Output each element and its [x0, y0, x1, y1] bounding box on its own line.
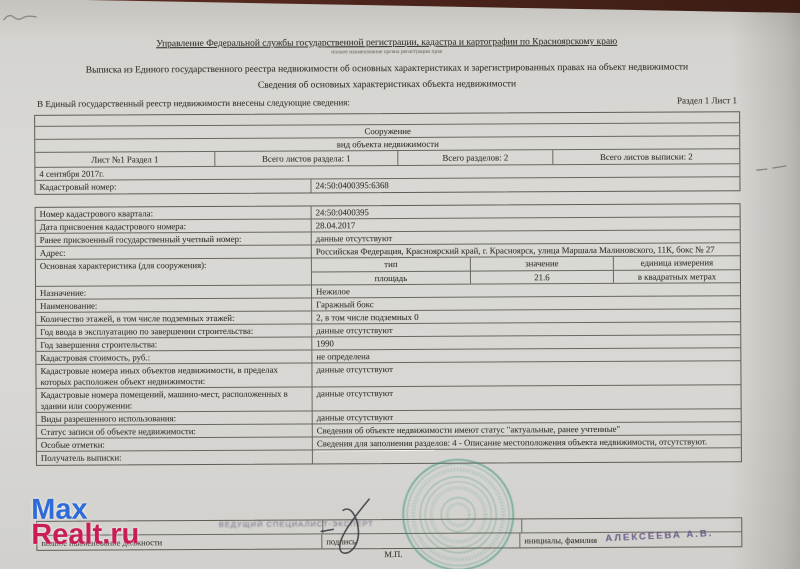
subtable-value: 21.6 — [470, 270, 613, 284]
main-characteristic-row: Основная характеристика (для сооружения)… — [36, 255, 740, 286]
row-label: Кадастровые номера иных объектов недвижи… — [36, 363, 312, 387]
row-label: Назначение: — [36, 285, 312, 298]
document-subtitle: Сведения об основных характеристиках объ… — [34, 78, 740, 92]
row-label: Год ввода в эксплуатацию по завершении с… — [36, 324, 312, 337]
row-label: Адрес: — [36, 245, 312, 258]
row-label: Год завершения строительства: — [36, 337, 312, 350]
row-value: 24:50:0400395 — [312, 204, 740, 218]
sheet-info: Лист №1 Раздел 1 — [35, 152, 215, 167]
row-value: Гаражный бокс — [312, 296, 740, 310]
row-value: данные отсутствуют — [313, 385, 741, 399]
document-content: Управление Федеральной службы государств… — [0, 0, 800, 569]
subtable-header: тип — [312, 258, 470, 272]
extract-date: 4 сентября 2017г. — [35, 168, 107, 180]
row-value: 28.04.2017 — [312, 217, 740, 231]
cadastral-number-label: Кадастровый номер: — [35, 179, 311, 193]
object-type-table: Сооружение вид объекта недвижимости Лист… — [34, 111, 740, 195]
row-value: данные отсутствуют — [312, 322, 740, 336]
subtable-header: единица измерения — [613, 256, 740, 270]
row-label: Наименование: — [36, 298, 312, 311]
watermark-line2: Realt.ru — [31, 522, 139, 548]
table-row: Кадастровые номера иных объектов недвижи… — [36, 360, 740, 388]
row-value: Сведения об объекте недвижимости имеют с… — [313, 422, 741, 436]
row-label: Особые отметки: — [37, 437, 313, 450]
table-row: Кадастровые номера помещений, машино-мес… — [37, 384, 741, 412]
document-header: Управление Федеральной службы государств… — [34, 36, 740, 92]
row-label: Дата присвоения кадастрового номера: — [36, 219, 312, 232]
sheets-in-section: Всего листов раздела: 1 — [215, 151, 398, 166]
row-label: Ранее присвоенный государственный учетны… — [36, 232, 312, 245]
row-label: Виды разрешенного использования: — [37, 411, 313, 424]
row-label: Статус записи об объекте недвижимости: — [37, 424, 313, 437]
row-label: Номер кадастрового квартала: — [36, 206, 312, 219]
cadastral-number-value: 24:50:0400395:6368 — [311, 177, 739, 191]
document-title: Выписка из Единого государственного реес… — [34, 62, 740, 76]
row-label: Кадастровые номера помещений, машино-мес… — [37, 387, 313, 411]
photographed-document: Управление Федеральной службы государств… — [0, 0, 800, 569]
row-value: данные отсутствуют — [312, 230, 740, 244]
details-table: Номер кадастрового квартала: 24:50:04003… — [35, 203, 742, 466]
sheets-total: Всего листов выписки: 2 — [553, 149, 739, 164]
intro-row: В Единый государственный реестр недвижим… — [37, 95, 737, 109]
row-value: Сведения для заполнения разделов: 4 - Оп… — [313, 435, 741, 449]
section-page-label: Раздел 1 Лист 1 — [677, 95, 737, 105]
row-label: Основная характеристика (для сооружения)… — [36, 258, 312, 285]
pen-squiggle-mark — [1, 7, 47, 29]
row-value: не определена — [312, 348, 740, 362]
row-label: Кадастровая стоимость, руб.: — [36, 350, 312, 363]
subtable-value: в квадратных метрах — [613, 269, 740, 283]
row-value: данные отсутствуют — [312, 361, 740, 375]
row-label: Получатель выписки: — [37, 450, 313, 464]
row-value: 2, в том числе подземных 0 — [312, 309, 740, 323]
cadastral-number-row: Кадастровый номер: 24:50:0400395:6368 — [35, 176, 739, 194]
row-value: данные отсутствуют — [313, 409, 741, 423]
watermark-logo: Max Realt.ru — [31, 497, 139, 548]
subtable-value: площадь — [312, 271, 470, 285]
row-value: Нежилое — [312, 283, 740, 297]
sections-total: Всего разделов: 2 — [398, 150, 553, 165]
handwritten-signature — [313, 493, 397, 561]
row-value: 1990 — [312, 335, 740, 349]
row-value: Российская Федерация, Красноярский край,… — [312, 243, 740, 257]
subtable-header: значение — [470, 257, 613, 271]
pen-dash-mark — [755, 164, 789, 174]
round-seal-stamp — [399, 455, 518, 569]
redaction-box — [315, 450, 435, 452]
characteristic-subtable: тип значение единица измерения площадь 2… — [312, 256, 740, 284]
row-label: Количество этажей, в том числе подземных… — [36, 311, 312, 324]
intro-text: В Единый государственный реестр недвижим… — [37, 97, 350, 109]
